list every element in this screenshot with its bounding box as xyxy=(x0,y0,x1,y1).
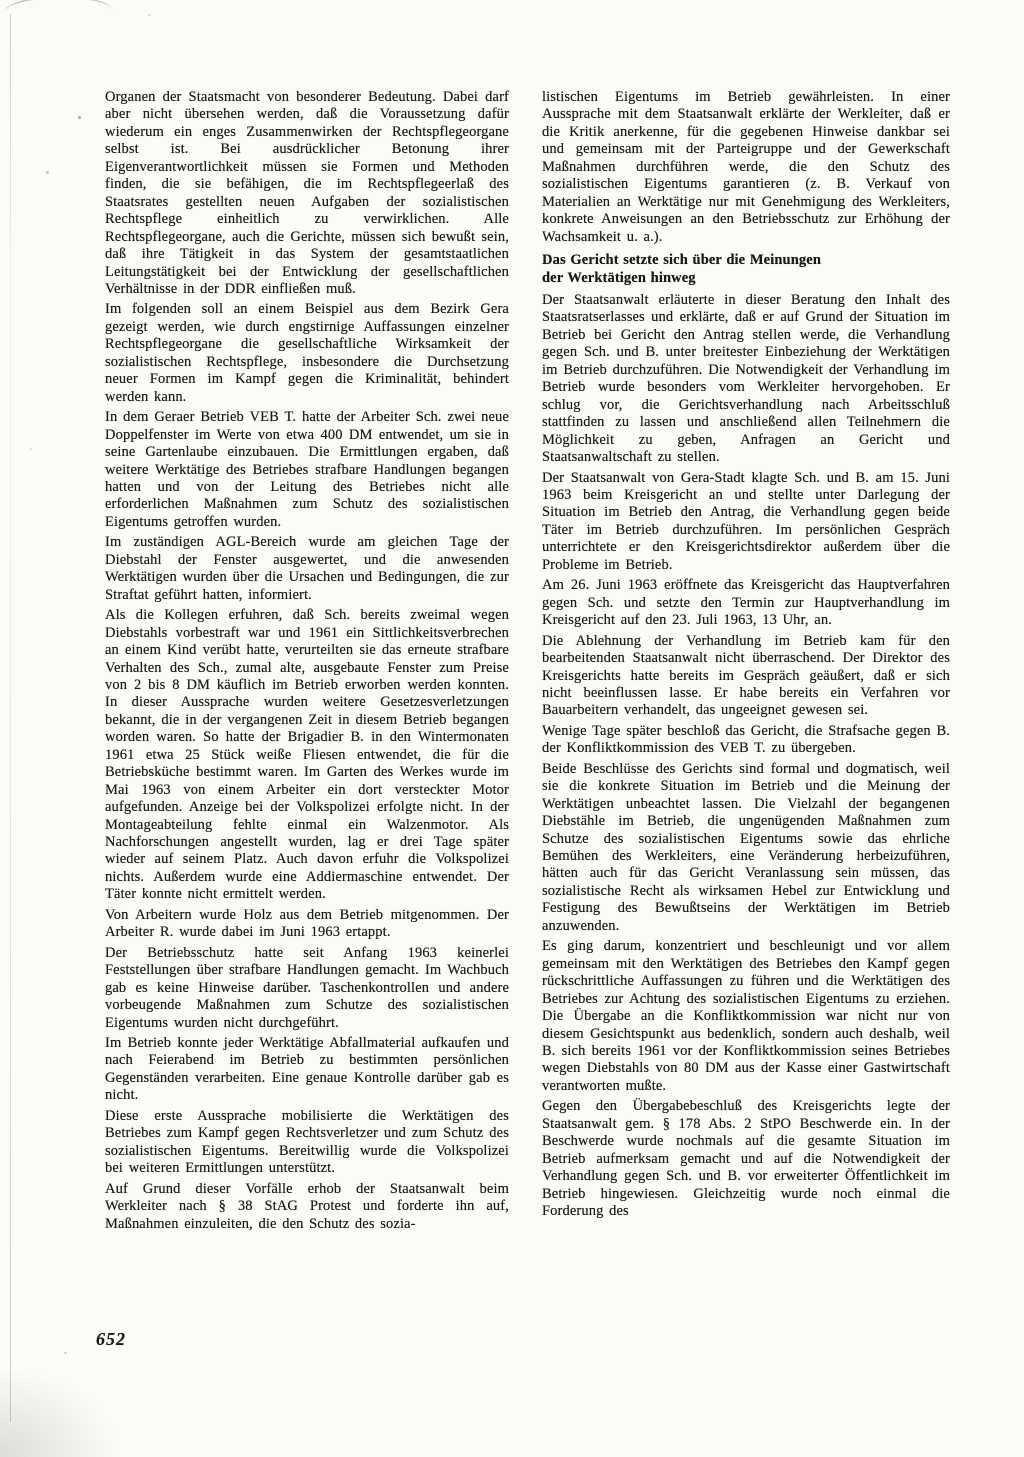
body-paragraph: Es ging darum, konzentriert und beschleu… xyxy=(542,938,950,1095)
body-paragraph: Wenige Tage später beschloß das Gericht,… xyxy=(542,723,950,758)
body-paragraph: Gegen den Übergabebeschluß des Kreisgeri… xyxy=(542,1098,950,1220)
scan-artifact-speck xyxy=(148,14,151,16)
body-paragraph: listischen Eigentums im Betrieb gewährle… xyxy=(542,89,950,246)
heading-line: der Werktätigen hinweg xyxy=(542,270,950,287)
scan-artifact-corner-shade xyxy=(0,1367,120,1457)
body-paragraph: In dem Geraer Betrieb VEB T. hatte der A… xyxy=(105,409,509,531)
scan-artifact-edge-line xyxy=(10,14,11,1422)
scan-artifact-speck xyxy=(64,1352,67,1354)
body-paragraph: Die Ablehnung der Verhandlung im Betrieb… xyxy=(542,633,950,720)
body-paragraph: Diese erste Aussprache mobilisierte die … xyxy=(105,1108,509,1178)
heading-line: Das Gericht setzte sich über die Meinung… xyxy=(542,252,950,269)
body-paragraph: Von Arbeitern wurde Holz aus dem Betrieb… xyxy=(105,907,509,942)
body-paragraph: Der Betriebsschutz hatte seit Anfang 196… xyxy=(105,945,509,1032)
right-column: listischen Eigentums im Betrieb gewährle… xyxy=(542,89,950,1233)
scanned-document-page: Organen der Staatsmacht von besonderer B… xyxy=(0,0,1024,1457)
left-column: Organen der Staatsmacht von besonderer B… xyxy=(105,89,509,1233)
scan-artifact-speck xyxy=(30,448,32,450)
scan-artifact-speck xyxy=(78,116,81,119)
body-paragraph: Der Staatsanwalt von Gera-Stadt klagte S… xyxy=(542,470,950,575)
page-number: 652 xyxy=(96,1329,126,1350)
scan-artifact-pencil-mark xyxy=(4,0,113,16)
body-paragraph: Am 26. Juni 1963 eröffnete das Kreisgeri… xyxy=(542,577,950,629)
body-paragraph: Im Betrieb konnte jeder Werktätige Abfal… xyxy=(105,1035,509,1105)
body-paragraph: Beide Beschlüsse des Gerichts sind forma… xyxy=(542,761,950,936)
scan-artifact-speck xyxy=(46,171,49,174)
two-column-text-area: Organen der Staatsmacht von besonderer B… xyxy=(105,89,958,1233)
body-paragraph: Der Staatsanwalt erläuterte in dieser Be… xyxy=(542,292,950,467)
body-paragraph: Im zuständigen AGL-Bereich wurde am glei… xyxy=(105,534,509,604)
body-paragraph: Auf Grund dieser Vorfälle erhob der Staa… xyxy=(105,1181,509,1233)
section-heading: Das Gericht setzte sich über die Meinung… xyxy=(542,252,950,287)
body-paragraph: Als die Kollegen erfuhren, daß Sch. bere… xyxy=(105,607,509,904)
body-paragraph: Organen der Staatsmacht von besonderer B… xyxy=(105,89,509,298)
body-paragraph: Im folgenden soll an einem Beispiel aus … xyxy=(105,301,509,406)
